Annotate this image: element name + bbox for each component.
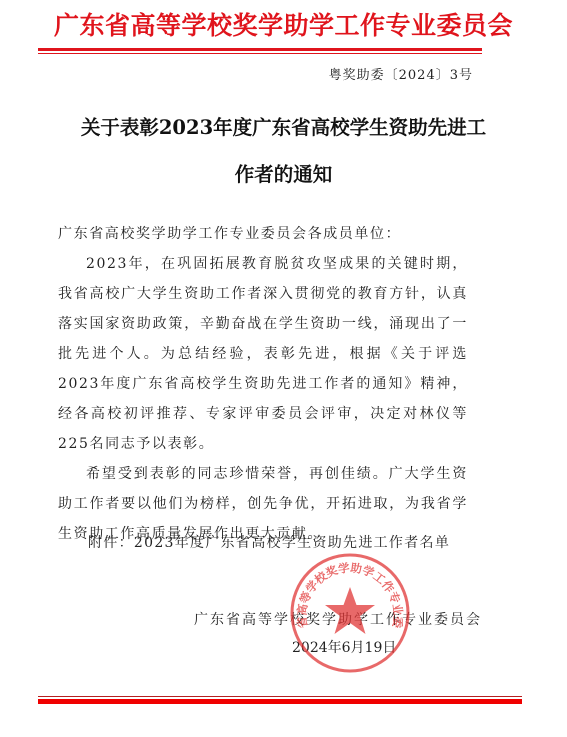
document-title: 关于表彰2023年度广东省高校学生资助先进工 作者的通知 [30,104,537,198]
body-paragraph: 2023年，在巩固拓展教育脱贫攻坚成果的关键时期，我省高校广大学生资助工作者深入… [58,249,468,459]
footer-divider-thin [38,696,522,697]
letterhead-divider-thick [38,48,482,51]
document-title-line-1: 关于表彰2023年度广东省高校学生资助先进工 [30,104,537,151]
attachment-note: 附件：2023年度广东省高校学生资助先进工作者名单 [88,532,450,552]
salutation: 广东省高校奖学助学工作专业委员会各成员单位： [58,219,468,249]
footer-divider-thick [38,699,522,704]
letterhead-divider-thin [38,53,482,54]
document-title-line-2: 作者的通知 [30,151,537,198]
document-number: 粤奖助委〔2024〕3号 [329,64,473,83]
organization-letterhead: 广东省高等学校奖学助学工作专业委员会 [0,10,567,42]
document-body: 广东省高校奖学助学工作专业委员会各成员单位： 2023年，在巩固拓展教育脱贫攻坚… [58,219,468,549]
official-seal-icon: 广东省高等学校奖学助学工作专业委员会 [288,551,412,675]
